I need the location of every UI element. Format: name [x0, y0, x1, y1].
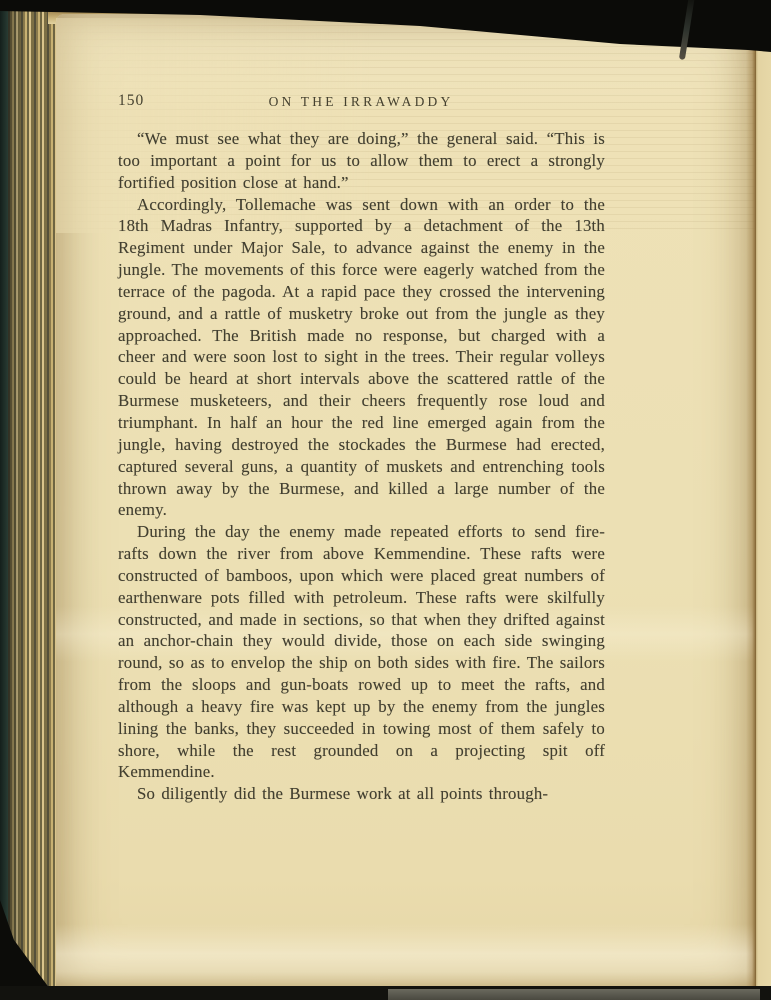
- body-text: “We must see what they are doing,” the g…: [118, 128, 605, 805]
- paragraph: During the day the enemy made repeated e…: [118, 521, 605, 783]
- page-number: 150: [118, 92, 144, 110]
- table-edge: [0, 986, 771, 1000]
- page-light-band-bottom: [56, 924, 756, 990]
- paragraph: “We must see what they are doing,” the g…: [118, 128, 605, 194]
- book-scan: 150 ON THE IRRAWADDY “We must see what t…: [0, 0, 771, 1000]
- table-edge-highlight: [388, 989, 760, 1000]
- paragraph: Accordingly, Tollemache was sent down wi…: [118, 194, 605, 522]
- underlying-page-edge: [754, 48, 771, 992]
- running-title: ON THE IRRAWADDY: [269, 94, 454, 110]
- page-header: 150 ON THE IRRAWADDY: [118, 92, 604, 114]
- page-crease: [746, 14, 756, 990]
- paragraph: So diligently did the Burmese work at al…: [118, 783, 605, 805]
